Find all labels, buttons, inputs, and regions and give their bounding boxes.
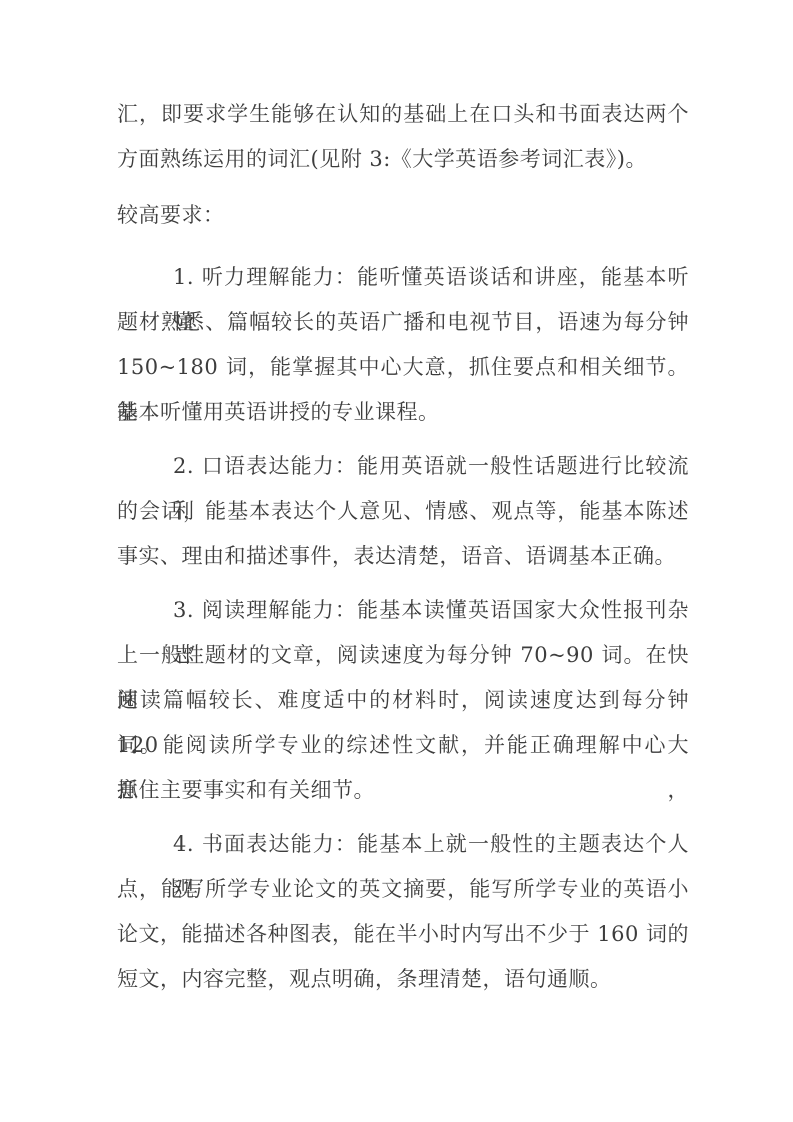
text-line: 4. 书面表达能力：能基本上就一般性的主题表达个人观: [117, 822, 689, 867]
text-line: 基本听懂用英语讲授的专业课程。: [117, 390, 689, 435]
text-line: 事实、理由和描述事件，表达清楚，语音、语调基本正确。: [117, 534, 689, 579]
text-line: 2. 口语表达能力：能用英语就一般性话题进行比较流利: [117, 444, 689, 489]
text-line: 3. 阅读理解能力：能基本读懂英语国家大众性报刊杂志: [117, 588, 689, 633]
text-line: 短文，内容完整，观点明确，条理清楚，语句通顺。: [117, 957, 689, 1002]
paragraph: 4. 书面表达能力：能基本上就一般性的主题表达个人观点，能写所学专业论文的英文摘…: [117, 822, 689, 1002]
text-line: 上一般性题材的文章，阅读速度为每分钟 70~90 词。在快速: [117, 633, 689, 678]
text-line: 的会话，能基本表达个人意见、情感、观点等，能基本陈述: [117, 489, 689, 534]
text-line: 题材熟悉、篇幅较长的英语广播和电视节目，语速为每分钟: [117, 300, 689, 345]
paragraph: 较高要求：: [117, 193, 689, 238]
paragraph: 3. 阅读理解能力：能基本读懂英语国家大众性报刊杂志上一般性题材的文章，阅读速度…: [117, 588, 689, 813]
paragraph: 汇，即要求学生能够在认知的基础上在口头和书面表达两个方面熟练运用的词汇(见附 3…: [117, 92, 689, 182]
text-line: 词。能阅读所学专业的综述性文献，并能正确理解中心大意，: [117, 723, 689, 768]
text-line: 点，能写所学专业论文的英文摘要，能写所学专业的英语小: [117, 867, 689, 912]
text-line: 论文，能描述各种图表，能在半小时内写出不少于 160 词的: [117, 912, 689, 957]
paragraph: 2. 口语表达能力：能用英语就一般性话题进行比较流利的会话，能基本表达个人意见、…: [117, 444, 689, 579]
text-line: 1. 听力理解能力：能听懂英语谈话和讲座，能基本听懂: [117, 255, 689, 300]
text-line: 阅读篇幅较长、难度适中的材料时，阅读速度达到每分钟 120: [117, 678, 689, 723]
text-line: 汇，即要求学生能够在认知的基础上在口头和书面表达两个: [117, 92, 689, 137]
text-line: 方面熟练运用的词汇(见附 3:《大学英语参考词汇表》)。: [117, 137, 689, 182]
text-line: 150~180 词，能掌握其中心大意，抓住要点和相关细节。能: [117, 345, 689, 390]
document-page: 汇，即要求学生能够在认知的基础上在口头和书面表达两个方面熟练运用的词汇(见附 3…: [0, 0, 793, 1122]
paragraph: 1. 听力理解能力：能听懂英语谈话和讲座，能基本听懂题材熟悉、篇幅较长的英语广播…: [117, 255, 689, 435]
text-line: 较高要求：: [117, 193, 689, 238]
